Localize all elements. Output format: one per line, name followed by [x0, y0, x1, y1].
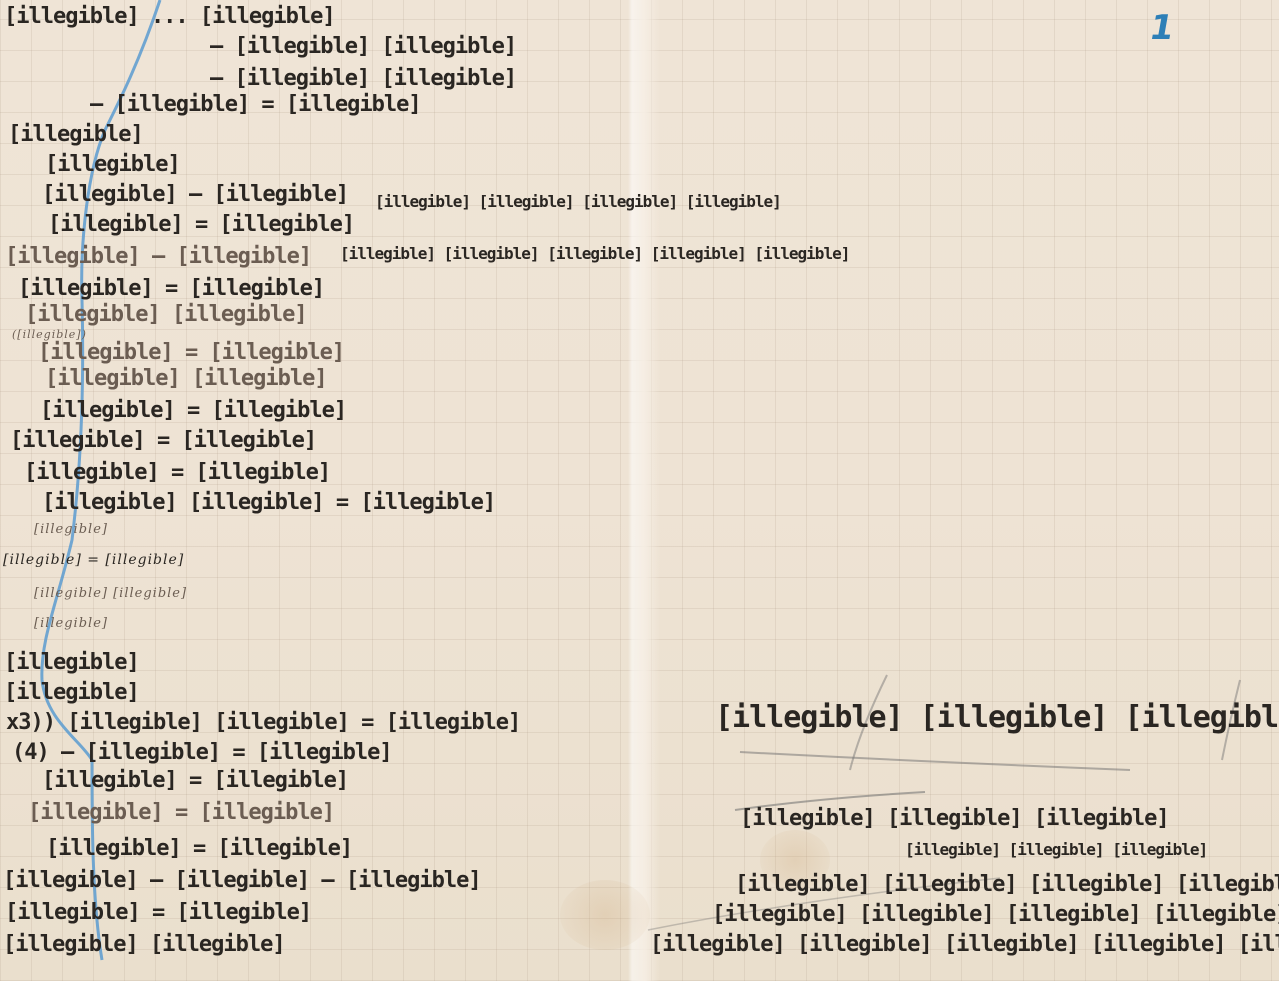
handwritten-line: – [illegible] [illegible]	[210, 34, 516, 59]
handwritten-line: [illegible] = [illegible]	[48, 212, 354, 237]
handwritten-line: [illegible] [illegible] [illegible] [ill…	[712, 902, 1279, 927]
handwritten-line: [illegible] [illegible] [illegible] [ill…	[735, 872, 1279, 897]
handwritten-heading: [illegible] [illegible] [illegible]	[715, 700, 1279, 735]
handwritten-line: [illegible]	[34, 616, 108, 631]
handwritten-line: [illegible] = [illegible]	[38, 340, 344, 365]
handwritten-line: [illegible] – [illegible]	[5, 244, 311, 269]
handwritten-line: [illegible]	[4, 650, 139, 675]
handwritten-line: [illegible] – [illegible] – [illegible]	[3, 868, 481, 893]
handwritten-line: [illegible] ... [illegible]	[4, 4, 335, 29]
handwritten-line: [illegible]	[45, 152, 180, 177]
handwritten-line: (4) – [illegible] = [illegible]	[12, 740, 392, 765]
handwritten-line: [illegible] = [illegible]	[46, 836, 352, 861]
handwritten-line: – [illegible] = [illegible]	[90, 92, 421, 117]
paper-stain	[560, 880, 650, 950]
handwritten-line: [illegible] [illegible] = [illegible]	[42, 490, 495, 515]
handwritten-line: [illegible] – [illegible]	[42, 182, 348, 207]
handwritten-line: [illegible] = [illegible]	[10, 428, 316, 453]
margin-note: [illegible] [illegible] [illegible] [ill…	[340, 244, 849, 263]
handwritten-line: [illegible] = [illegible]	[28, 800, 334, 825]
handwritten-line: [illegible]	[4, 680, 139, 705]
handwritten-line: [illegible] = [illegible]	[5, 900, 311, 925]
handwritten-line: [illegible] [illegible]	[3, 932, 285, 957]
handwritten-line: [illegible] [illegible] [illegible] [ill…	[650, 932, 1279, 957]
handwritten-line: [illegible] = [illegible]	[40, 398, 346, 423]
handwritten-line: [illegible] = [illegible]	[42, 768, 348, 793]
margin-note: [illegible] [illegible] [illegible] [ill…	[375, 192, 781, 211]
handwritten-line: [illegible]	[34, 522, 108, 537]
handwritten-line: – [illegible] [illegible]	[210, 66, 516, 91]
handwritten-line: [illegible] [illegible]	[25, 302, 307, 327]
handwritten-line: [illegible] [illegible] [illegible]	[905, 840, 1207, 859]
handwritten-line: [illegible] = [illegible]	[3, 552, 184, 568]
handwritten-line: [illegible]	[8, 122, 143, 147]
handwritten-line: [illegible] [illegible]	[45, 366, 327, 391]
handwritten-line: [illegible] [illegible] [illegible]	[740, 806, 1169, 831]
handwritten-line: [illegible] = [illegible]	[24, 460, 330, 485]
handwritten-line: x3)) [illegible] [illegible] = [illegibl…	[6, 710, 520, 735]
manuscript-sheet: 1 [illegible] ... [illegible] – [illegib…	[0, 0, 1279, 981]
handwritten-line: [illegible] [illegible]	[34, 586, 187, 601]
handwritten-line: [illegible] = [illegible]	[18, 276, 324, 301]
